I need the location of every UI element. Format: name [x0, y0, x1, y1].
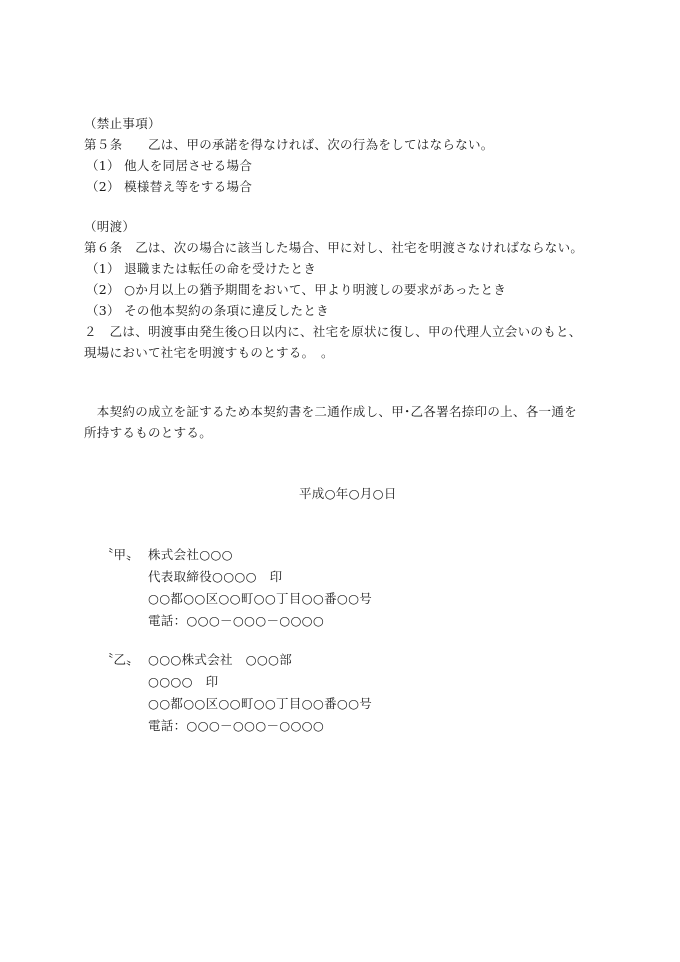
party-ko-company: 株式会社○○○ [148, 545, 233, 565]
article5-heading: （禁止事項） [84, 114, 161, 134]
party-ko-phone: 電話：○○○－○○○－○○○○ [148, 611, 324, 631]
party-otsu-address: ○○都○○区○○町○○丁目○○番○○号 [148, 694, 372, 714]
article6-title: 第６条 乙は、次の場合に該当した場合、甲に対し、社宅を明渡さなければならない。 [84, 238, 583, 258]
closing-line1: 本契約の成立を証するため本契約書を二通作成し、甲･乙各署名捺印の上、各一通を [84, 402, 577, 422]
article5-item-2: （2） 模様替え等をする場合 [86, 177, 252, 197]
party-ko-address: ○○都○○区○○町○○丁目○○番○○号 [148, 589, 372, 609]
party-otsu-phone: 電話：○○○－○○○－○○○○ [148, 716, 324, 736]
article6-item-3: （3） その他本契約の条項に違反したとき [86, 301, 329, 321]
article6-para2-line1: ２ 乙は、明渡事由発生後○日以内に、社宅を原状に復し、甲の代理人立会いのもと、 [84, 322, 582, 342]
party-otsu-company: ○○○株式会社 ○○○部 [148, 650, 292, 670]
party-ko-label: 〝甲〟 [101, 545, 139, 565]
contract-date: 平成○年○月○日 [299, 484, 397, 504]
article6-item-2: （2） ○か月以上の猶予期間をおいて、甲より明渡しの要求があったとき [86, 280, 506, 300]
article5-item-1: （1） 他人を同居させる場合 [86, 156, 252, 176]
article6-item-1: （1） 退職または転任の命を受けたとき [86, 259, 316, 279]
document-page: （禁止事項） 第５条 乙は、甲の承諾を得なければ、次の行為をしてはならない。 （… [0, 0, 680, 962]
party-otsu-name: ○○○○ 印 [148, 672, 218, 692]
party-otsu-label: 〝乙〟 [101, 650, 139, 670]
article6-para2-line2: 現場において社宅を明渡すものとする。 。 [84, 343, 334, 363]
article6-heading: （明渡） [84, 217, 135, 237]
article5-title: 第５条 乙は、甲の承諾を得なければ、次の行為をしてはならない。 [84, 135, 494, 155]
party-ko-representative: 代表取締役○○○○ 印 [148, 567, 282, 587]
closing-line2: 所持するものとする。 [84, 423, 212, 443]
